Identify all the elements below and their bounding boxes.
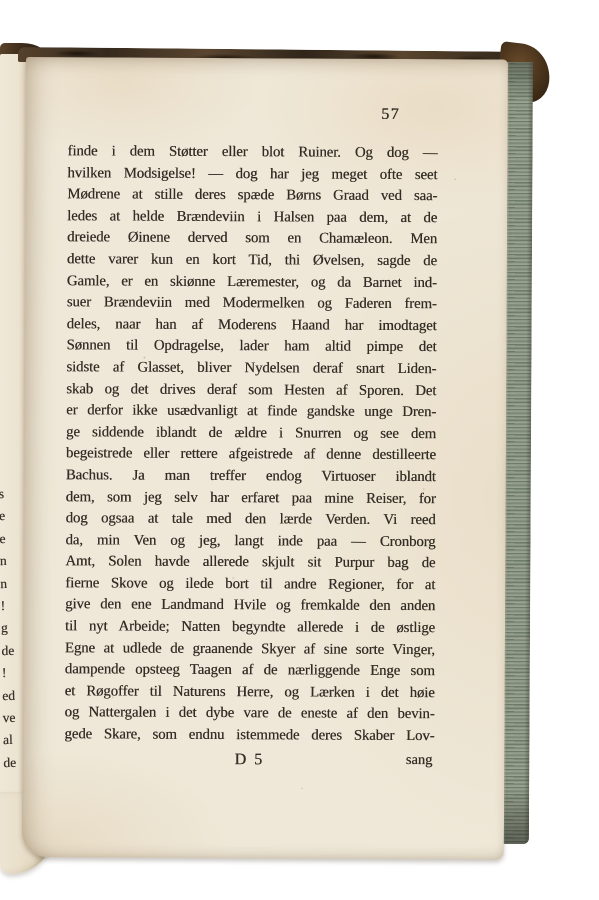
text-line: Gamle, er en skiønne Læremester, og da B… (67, 271, 437, 295)
worn-spine-strip (530, 54, 549, 848)
text-fragment: ve (2, 707, 20, 730)
text-fragment: ed (2, 684, 20, 707)
text-fragment: n (0, 550, 18, 573)
page-number: 57 (381, 106, 400, 124)
text-line: Bachus. Ja man treffer endog Virtuoser i… (66, 465, 436, 489)
text-line: til nyt Arbeide; Natten begyndte allered… (65, 616, 435, 640)
text-line: Amt, Solen havde allerede skjult sit Pur… (65, 551, 435, 575)
text-fragment: al (3, 729, 21, 752)
text-line: gede Skare, som endnu istemmede deres Sk… (64, 724, 434, 748)
text-line: sidste af Glasset, bliver Nydelsen deraf… (66, 357, 436, 381)
text-block: 57 finde i dem Støtter eller blot Ruiner… (64, 57, 438, 859)
text-line: dog ogsaa at tale med den lærde Verden. … (66, 508, 436, 532)
text-line: dreiede Øinene derved som en Chamæleon. … (67, 228, 437, 252)
text-line: hvilken Modsigelse! — dog har jeg meget … (67, 163, 437, 187)
text-line: ledes at helde Brændeviin i Halsen paa d… (67, 206, 437, 230)
text-line: da, min Ven og jeg, langt inde paa — Cro… (65, 530, 435, 554)
text-line: et Røgoffer til Naturens Herre, og Lærke… (65, 681, 435, 705)
text-fragment: ! (2, 662, 20, 685)
text-line: deles, naar han af Moderens Haand har im… (67, 314, 437, 338)
text-line: suer Brændeviin med Modermelken og Fader… (67, 292, 437, 316)
text-line: ge siddende iblandt de ældre i Snurren o… (66, 422, 436, 446)
text-line: dem, som jeg selv har erfaret paa mine R… (66, 487, 436, 511)
text-line: skab og det drives deraf som Hesten af S… (66, 379, 436, 403)
page-footer: D 5 sang (64, 750, 434, 776)
book-photo: seenn!gde!edvealde 57 finde i dem Støtte… (0, 0, 599, 900)
book-page: 57 finde i dem Støtter eller blot Ruiner… (22, 57, 508, 860)
text-fragment: de (3, 752, 21, 775)
text-line: Mødrene at stille deres spæde Børns Graa… (67, 184, 437, 208)
text-line: fierne Skove og ilede bort til andre Reg… (65, 573, 435, 597)
signature-mark: D 5 (234, 751, 264, 769)
text-fragment: e (0, 528, 18, 551)
text-fragment: e (0, 505, 17, 528)
text-fragment: ! (0, 595, 18, 618)
text-line: give den ene Landmand Hvile og fremkalde… (65, 595, 435, 619)
body-text: finde i dem Støtter eller blot Ruiner. O… (64, 141, 437, 748)
catchword: sang (406, 752, 433, 769)
text-fragment: n (0, 572, 18, 595)
text-line: dampende opsteeg Taagen af de nærliggend… (65, 659, 435, 683)
text-line: begeistrede eller rettere afgeistrede af… (66, 444, 436, 468)
text-fragment: de (1, 640, 19, 663)
text-fragment: s (0, 483, 17, 506)
text-line: Egne at udlede de graanende Skyer af sin… (65, 638, 435, 662)
text-line: finde i dem Støtter eller blot Ruiner. O… (67, 141, 437, 165)
text-fragment: g (1, 617, 19, 640)
text-line: Sønnen til Opdragelse, lader ham altid p… (66, 336, 436, 360)
text-line: er derfor ikke usædvanligt at finde gand… (66, 400, 436, 424)
text-line: og Nattergalen i det dybe vare de eneste… (65, 703, 435, 727)
text-line: dette varer kun en kort Tid, thi Øvelsen… (67, 249, 437, 273)
